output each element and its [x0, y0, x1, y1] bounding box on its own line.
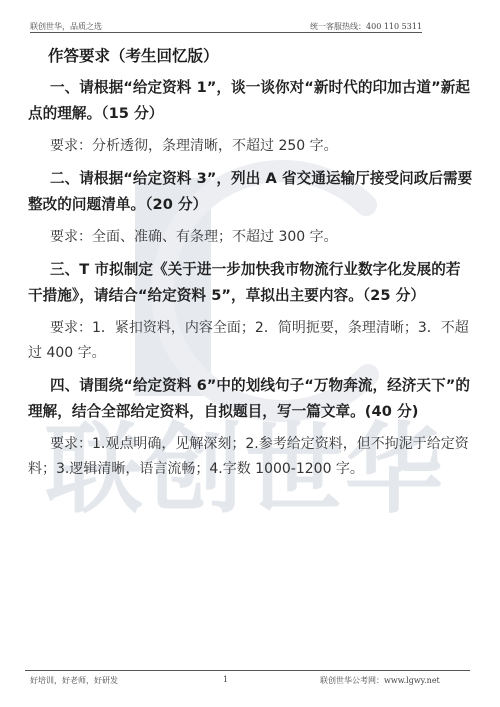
- requirement-1: 要求：分析透彻，条理清晰，不超过 250 字。: [28, 134, 474, 159]
- header-slogan: 联创世华，品质之选: [30, 21, 102, 32]
- footer-website: 联创世华公考网：www.lgwy.net: [320, 675, 440, 686]
- page-footer: 好培训，好老师，好研发 1 联创世华公考网：www.lgwy.net: [25, 670, 470, 671]
- question-1: 一、请根据“给定资料 1”，谈一谈你对“新时代的印加古道”新起点的理解。（15 …: [28, 75, 474, 127]
- page-number: 1: [223, 675, 228, 684]
- document-title: 作答要求（考生回忆版）: [48, 44, 474, 68]
- footer-slogan: 好培训，好老师，好研发: [30, 675, 118, 686]
- header-hotline: 统一客服热线：400 110 5311: [310, 21, 422, 32]
- requirement-3: 要求：1．紧扣资料，内容全面；2．简明扼要，条理清晰；3．不超过 400 字。: [28, 316, 474, 366]
- requirement-4: 要求：1.观点明确，见解深刻；2.参考给定资料，但不拘泥于给定资料；3.逻辑清晰…: [28, 432, 474, 482]
- question-4: 四、请围绕“给定资料 6”中的划线句子“万物奔流，经济天下”的理解，结合全部给定…: [28, 373, 474, 425]
- requirement-2: 要求：全面、准确、有条理；不超过 300 字。: [28, 225, 474, 250]
- page-header: 联创世华，品质之选 统一客服热线：400 110 5311: [30, 20, 422, 33]
- question-2: 二、请根据“给定资料 3”，列出 A 省交通运输厅接受问政后需要整改的问题清单。…: [28, 166, 474, 218]
- document-body: 作答要求（考生回忆版） 一、请根据“给定资料 1”，谈一谈你对“新时代的印加古道…: [28, 44, 474, 482]
- question-3: 三、T 市拟制定《关于进一步加快我市物流行业数字化发展的若干措施》，请结合“给定…: [28, 257, 474, 309]
